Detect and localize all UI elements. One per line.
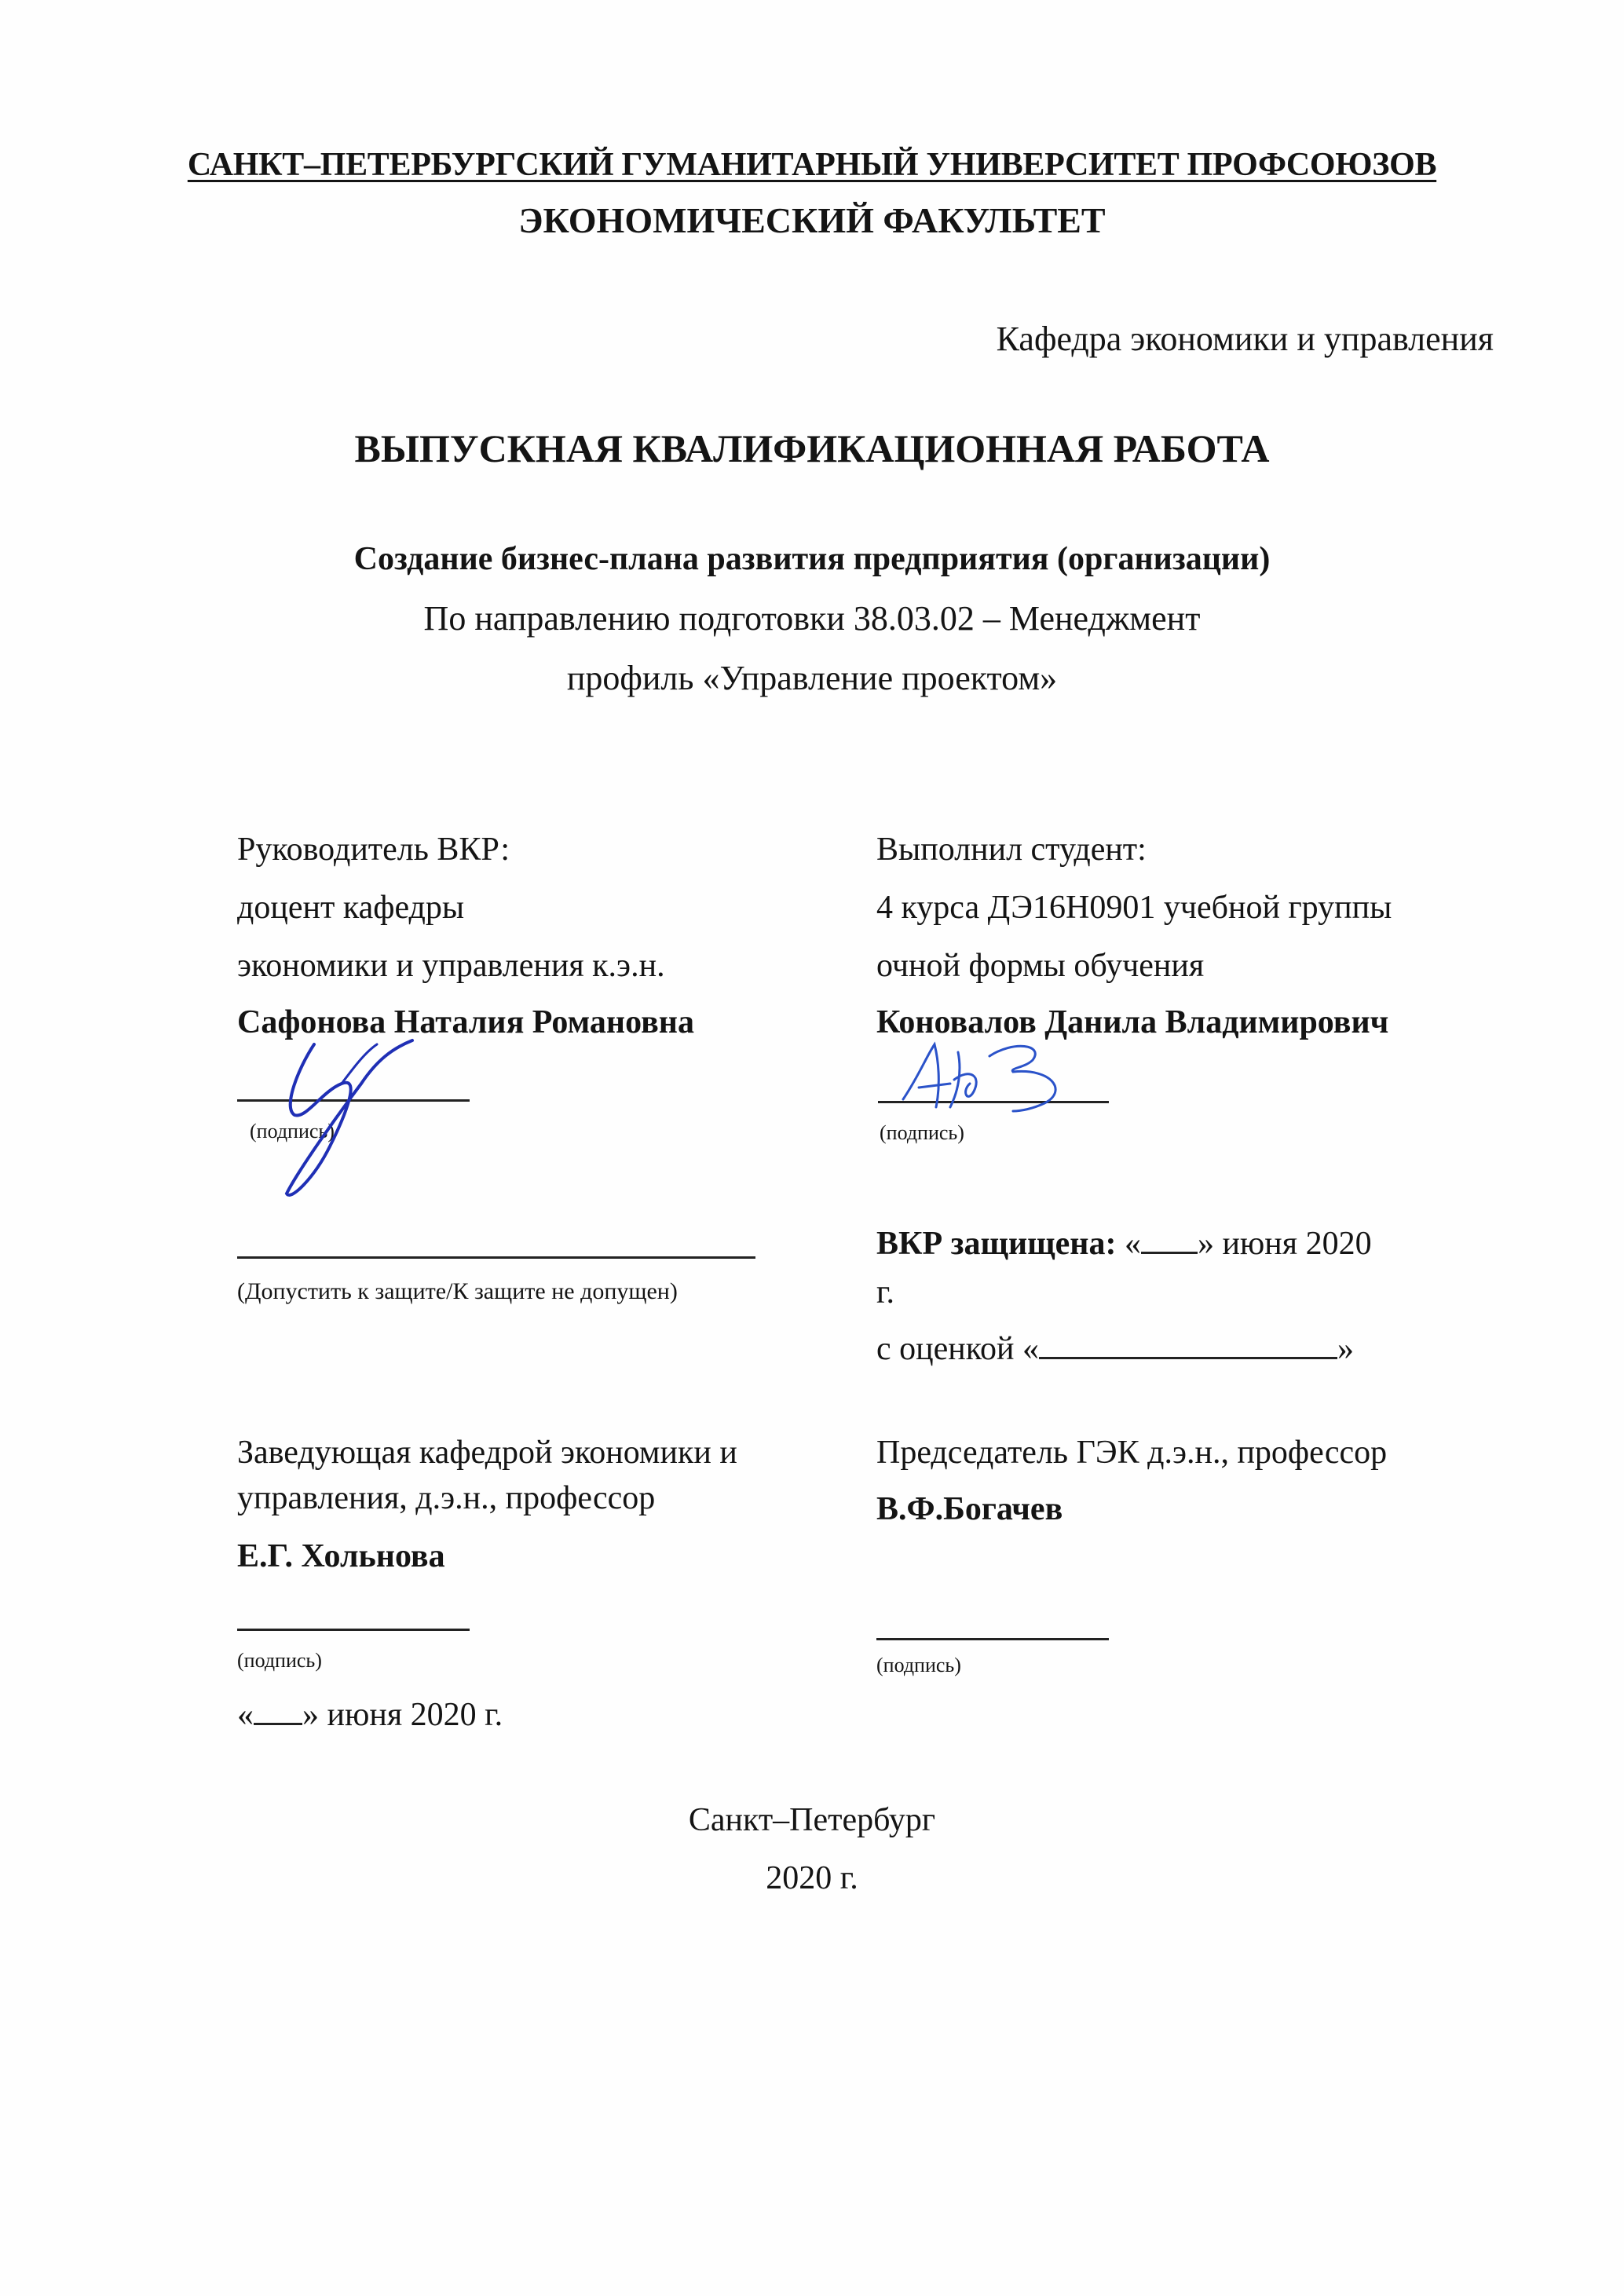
faculty-name: ЭКОНОМИЧЕСКИЙ ФАКУЛЬТЕТ xyxy=(0,199,1624,241)
supervisor-name: Сафонова Наталия Романовна xyxy=(237,1004,694,1041)
head-date-line: «» июня 2020 г. xyxy=(237,1695,503,1734)
supervisor-signature-line xyxy=(237,1099,470,1102)
gek-signature-caption: (подпись) xyxy=(876,1654,961,1677)
thesis-topic: Создание бизнес-плана развития предприят… xyxy=(0,540,1624,578)
gek-chair-name: В.Ф.Богачев xyxy=(876,1490,1063,1528)
head-of-department-line-2: управления, д.э.н., профессор xyxy=(237,1479,655,1517)
department-name: Кафедра экономики и управления xyxy=(997,319,1494,359)
head-date-close: » июня 2020 г. xyxy=(302,1697,503,1733)
admission-decision-line xyxy=(237,1256,755,1259)
supervisor-heading: Руководитель ВКР: xyxy=(237,831,510,868)
defense-date-close: » июня 2020 xyxy=(1198,1226,1372,1262)
university-name: САНКТ–ПЕТЕРБУРГСКИЙ ГУМАНИТАРНЫЙ УНИВЕРС… xyxy=(0,146,1624,184)
defense-label: ВКР защищена: xyxy=(876,1226,1116,1262)
defense-date-line: ВКР защищена: «» июня 2020 xyxy=(876,1223,1372,1263)
head-signature-line xyxy=(237,1629,470,1631)
student-study-form: очной формы обучения xyxy=(876,947,1204,985)
defense-date-open: « xyxy=(1125,1226,1141,1262)
study-direction: По направлению подготовки 38.03.02 – Мен… xyxy=(0,598,1624,638)
grade-close: » xyxy=(1337,1331,1354,1367)
grade-prefix: с оценкой « xyxy=(876,1331,1039,1367)
city: Санкт–Петербург xyxy=(0,1801,1624,1839)
study-profile: профиль «Управление проектом» xyxy=(0,658,1624,698)
student-heading: Выполнил студент: xyxy=(876,831,1147,868)
work-type-title: ВЫПУСКНАЯ КВАЛИФИКАЦИОННАЯ РАБОТА xyxy=(0,426,1624,471)
supervisor-position-2: экономики и управления к.э.н. xyxy=(237,947,665,985)
student-signature-caption: (подпись) xyxy=(880,1121,964,1145)
head-day-blank xyxy=(254,1695,302,1725)
head-of-department-name: Е.Г. Хольнова xyxy=(237,1537,445,1575)
grade-blank xyxy=(1039,1329,1337,1359)
defense-grade-line: с оценкой «» xyxy=(876,1329,1354,1368)
student-course: 4 курса ДЭ16Н0901 учебной группы xyxy=(876,889,1392,927)
head-date-open: « xyxy=(237,1697,254,1733)
defense-day-blank xyxy=(1141,1223,1198,1254)
admission-caption: (Допустить к защите/К защите не допущен) xyxy=(237,1278,678,1305)
gek-signature-line xyxy=(876,1638,1109,1640)
supervisor-signature xyxy=(267,1021,424,1209)
title-page: САНКТ–ПЕТЕРБУРГСКИЙ ГУМАНИТАРНЫЙ УНИВЕРС… xyxy=(0,0,1624,2296)
student-name: Коновалов Данила Владимирович xyxy=(876,1004,1388,1041)
head-signature-caption: (подпись) xyxy=(237,1649,322,1673)
head-of-department-line-1: Заведующая кафедрой экономики и xyxy=(237,1434,737,1472)
supervisor-signature-caption: (подпись) xyxy=(250,1120,335,1143)
defense-year-suffix: г. xyxy=(876,1274,894,1311)
student-signature-line xyxy=(878,1101,1109,1103)
year: 2020 г. xyxy=(0,1859,1624,1897)
student-signature xyxy=(895,1036,1068,1115)
gek-chair-title: Председатель ГЭК д.э.н., профессор xyxy=(876,1434,1387,1472)
supervisor-position-1: доцент кафедры xyxy=(237,889,464,927)
